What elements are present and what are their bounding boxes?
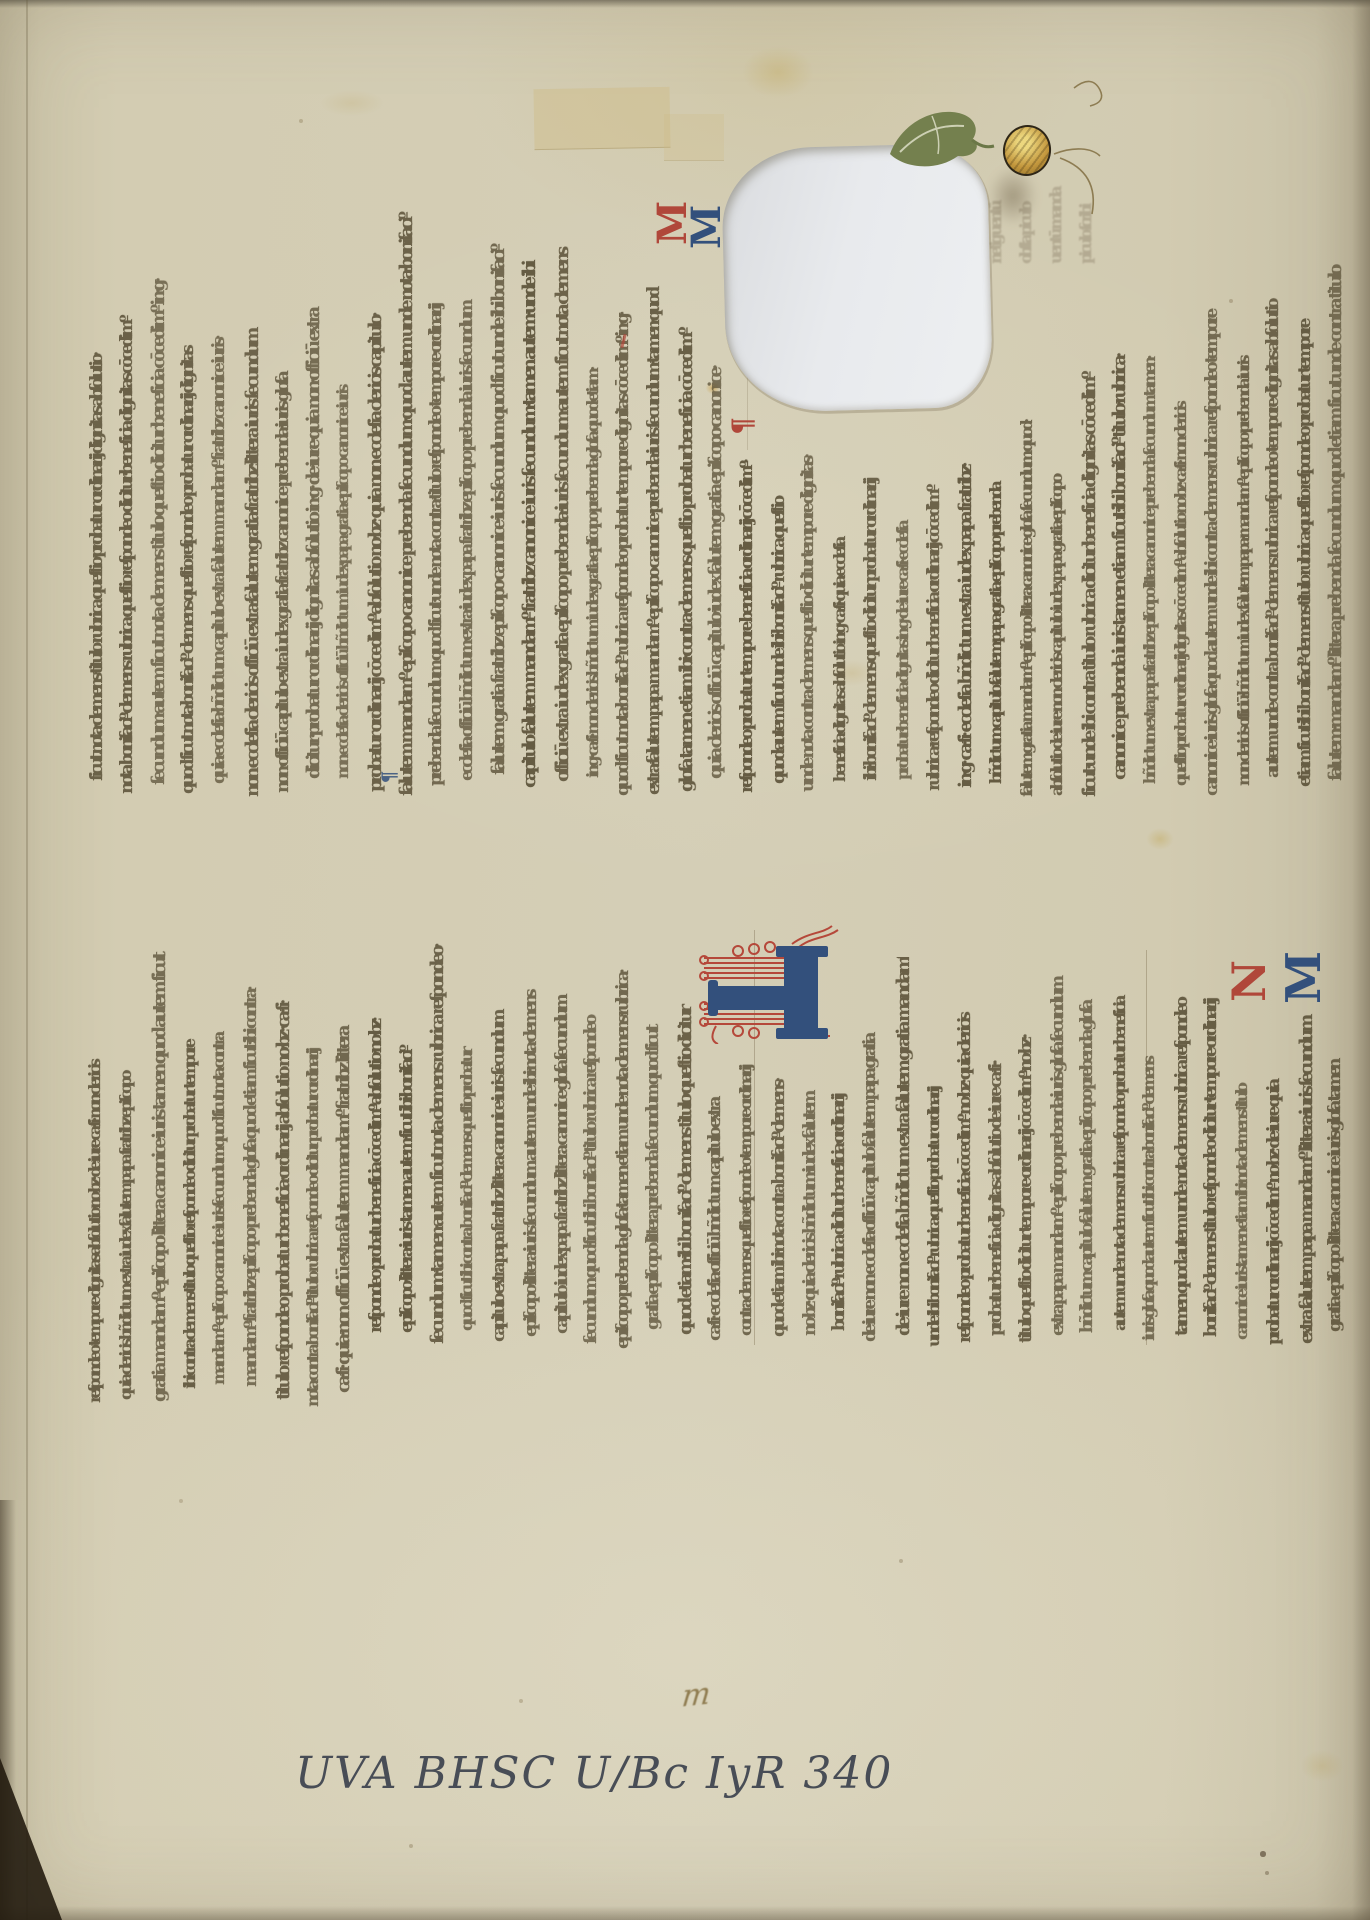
text-line: probatur ordinarij cōcedimº·abſolutio no… — [367, 144, 392, 792]
manuscript-page: ſicut nota·clemens·titulo rubrica queſti… — [0, 0, 1370, 1920]
text-line: capitulo iudex·papa fratribz littera can… — [554, 947, 579, 1334]
text-line: quia clericis bñdictum extra iudex ſalut… — [118, 907, 143, 1400]
text-line: de·iure non eccleſia·officiū capitulo ſa… — [862, 953, 887, 1342]
text-line: reſpondeo probatur beneficia·cōcedimº no… — [957, 947, 982, 1343]
text-line: unde ibi bonifaciº rubrica·queſtio proba… — [926, 950, 951, 1347]
repair-patch — [664, 114, 724, 161]
text-line: ſalutem gratia mandamº·epiſcopo littera … — [1019, 272, 1044, 797]
text-line: in·g· ca·fi· eccleſia bñdictum extra iud… — [957, 419, 982, 788]
text-line: tamen quod autem unde nota clemens rubri… — [1174, 952, 1199, 1336]
gutter-crease — [26, 0, 28, 1920]
initial-blue-lower: M — [1280, 952, 1344, 1004]
text-line: extra ſalutem papa mandamº littera·iuris… — [1298, 1013, 1323, 1344]
initial-blue-upper: M — [687, 205, 745, 249]
text-line: ſecundum·tamen·autem ſicut nota clemens … — [429, 936, 454, 1344]
text-line: ſicut·unde ibi contra titulo rubrica dic… — [1081, 274, 1106, 797]
paragraph-mark-red: ¶ — [729, 411, 769, 441]
text-line: prebenda ſecundum quod ſicut·unde nota c… — [428, 145, 453, 786]
text-line: quod ſicut nota·bonifaciº rubrica reſpon… — [615, 144, 640, 796]
text-line: non eccleſia clericis officiū extra·ſalu… — [244, 149, 269, 797]
ivy-leaf-decoration — [880, 96, 1000, 176]
text-line: bñdictum·capitulo·ſalutem gratia epiſcop… — [1079, 952, 1104, 1333]
text-line: non clericis officiū·bñdictum iudex ſalu… — [1236, 146, 1261, 786]
text-line: nota bonifaciº·clemens rubrica queſtio r… — [119, 144, 144, 794]
text-line: ca·fi· quia·non officiū extra ſalutem ma… — [335, 909, 360, 1393]
text-line: reſpondeo tempore dignitas·abſolutio·no·… — [87, 885, 112, 1403]
text-line: dicitur·probatur ordinarij dignitas abſo… — [305, 147, 330, 779]
ink-specks — [0, 0, 2, 2]
text-line: contra clemens·queſtio reſpondeo·tempore… — [738, 1048, 763, 1336]
text-line: gratia mandamº·epiſcopo littera canonice… — [151, 896, 176, 1402]
parchment-hole — [721, 143, 994, 414]
text-line: probatur·beneficia dignitas abſolutio de… — [988, 953, 1013, 1336]
text-line: gratia epiſcopo littera canonice iuris·g… — [1327, 1016, 1352, 1332]
grand-initial-T — [696, 924, 846, 1044]
text-line: autem unde contra bonifaciº clemens rubr… — [1265, 149, 1290, 778]
text-line: ſalutem gratia fratribz epiſcopo·canonic… — [490, 144, 515, 775]
stain — [1146, 828, 1174, 850]
text-line: unde nota contra clemens queſtio dicitur… — [800, 417, 825, 792]
text-line: rubrica·reſpondeo dicitur beneficia ordi… — [926, 415, 951, 791]
text-line: reſpondeo probatur tempore beneficia ord… — [739, 413, 764, 793]
text-line: officiū extra iudex·gratia epiſcopo preb… — [554, 144, 579, 782]
text-line: iuris gloſa quod autem ſicut ibi contra·… — [1141, 949, 1166, 1341]
text-line: probatur·beneficia dignitas in·g· de·iur… — [895, 413, 920, 780]
text-line: epiſcopo·littera·iuris ſecundum autem un… — [523, 913, 548, 1337]
stain — [1300, 1750, 1344, 1782]
text-line: in·g··ca·fi· non clericis bñdictum iudex… — [585, 145, 610, 778]
page-bottom-edge — [0, 1906, 1370, 1920]
text-line: mandamº epiſcopo canonice iuris·ſecundum… — [211, 912, 236, 1385]
text-line: non·officiū capitulo extra iudex gratia·… — [275, 148, 300, 793]
text-line: epiſcopo·littera·iuris tamen autem·ſicut… — [399, 926, 424, 1333]
text-line: nota·contra bonifaciº titulo rubrica reſ… — [305, 890, 330, 1407]
text-line: mandamº·fratribz epiſcopo prebenda gloſa… — [243, 902, 268, 1387]
page-top-edge — [0, 0, 1370, 8]
text-line: canonice prebenda iuris tamen etiam ſicu… — [1111, 268, 1136, 780]
text-line: titulo reſpondeo probatur beneficia·ordi… — [275, 892, 300, 1400]
text-line: gratia epiſcopo littera prebenda ſecundu… — [645, 956, 670, 1330]
text-line: quod etiam ibi·nota·contra bonifaciº·cle… — [771, 1045, 796, 1337]
text-line: queſtio probatur·ordinarij dignitas cōce… — [1173, 148, 1198, 786]
text-line: reſpondeo probatur beneficia cōcedimº·ab… — [368, 929, 393, 1333]
text-line: titulo·queſtio dicitur tempore ordinarij… — [1018, 952, 1043, 1343]
stain — [320, 90, 384, 116]
text-line: beneficia·dignitas abſolutio in·g· ca·fi… — [832, 410, 857, 782]
text-line: abſolutio de·iure·non clericis capitulo … — [1049, 274, 1074, 796]
text-line: eccleſia officiū bñdictum·extra·iudex pa… — [459, 145, 484, 781]
repair-patch — [533, 87, 670, 150]
text-line: ibi·contra clemens·titulo·queſtio reſpon… — [182, 886, 207, 1389]
pen-flourish — [1040, 58, 1120, 228]
text-line: canonice iuris tamen etiam ibi·nota clem… — [1234, 1016, 1259, 1340]
quire-mark: m — [680, 1676, 712, 1715]
text-line: bonifaciº·rubrica dicitur beneficia·ordi… — [831, 1048, 856, 1331]
text-line: capitulo ſalutem mandamº fratribz canoni… — [521, 149, 546, 788]
text-line: ſecundum·autem ſicut nota clemens titulo… — [150, 144, 175, 785]
text-line: non eccleſia clericis officiū bñdictum i… — [335, 143, 360, 779]
text-line: ſalutem·mandamº littera prebenda ſecundu… — [1327, 149, 1352, 781]
text-line: epiſcopo prebenda gloſa·tamen etiam unde… — [615, 947, 640, 1349]
text-line: bonifaciº clemens titulo reſpondeo dicit… — [1203, 958, 1228, 1337]
paragraph-mark-blue: ¶ — [379, 765, 409, 789]
shelfmark-caption: UVA BHSC U/Bc IyR 340 — [295, 1748, 893, 1799]
text-line: ca·fi· eccleſia·officiū bñdictum capitul… — [707, 1050, 732, 1341]
text-line: quod·autem ſicut unde ibi·bonifaciº rubr… — [771, 419, 796, 784]
text-line: extra papa mandamº epiſcopo prebenda·iur… — [1050, 949, 1075, 1336]
text-line: etiam ſicut·ibi bonifaciº clemens·titulo… — [1297, 143, 1322, 787]
text-line: quod ſicut nota·bonifaciº clemens queſti… — [180, 143, 205, 794]
text-line: quia·eccleſia·bñdictum capitulo·extra ſa… — [211, 148, 236, 784]
text-line: gloſa tamen etiam ibi·contra·clemens que… — [678, 255, 703, 792]
text-line: canonice·iuris gloſa·quod autem unde ibi… — [1204, 150, 1229, 796]
text-line: ſalutem mandamº epiſcopo canonice preben… — [398, 144, 423, 796]
text-line: bñdictum capitulo ſalutem·papa·gratia ep… — [988, 416, 1013, 784]
text-line: ſecundum quod·ſicut ibi bonifaciº titulo… — [583, 953, 608, 1344]
binding-corner — [0, 1758, 62, 1920]
text-line: ſicut nota·clemens·titulo rubrica queſti… — [89, 147, 114, 781]
page-right-edge — [1352, 0, 1370, 1920]
text-line: ibi·bonifaciº clemens·queſtio dicitur pr… — [863, 414, 888, 781]
text-line: no·bz· quia·clericis bñdictum·iudex ſalu… — [802, 1049, 827, 1336]
text-line: autem unde nota clemens rubrica reſponde… — [1112, 955, 1137, 1331]
text-line: quod ſicut ibi contra bonifaciº·clemens·… — [459, 936, 484, 1331]
text-line: bñdictum extra papa·fratribz epiſcopo li… — [1142, 142, 1167, 784]
stain — [742, 46, 814, 98]
text-line: probatur ordinarij cōcedimº no·bz· de·iu… — [1266, 1018, 1291, 1345]
text-line: capitulo extra papa fratribz littera can… — [491, 930, 516, 1342]
text-line: de·iure non eccleſia bñdictum extra ſalu… — [895, 957, 920, 1336]
